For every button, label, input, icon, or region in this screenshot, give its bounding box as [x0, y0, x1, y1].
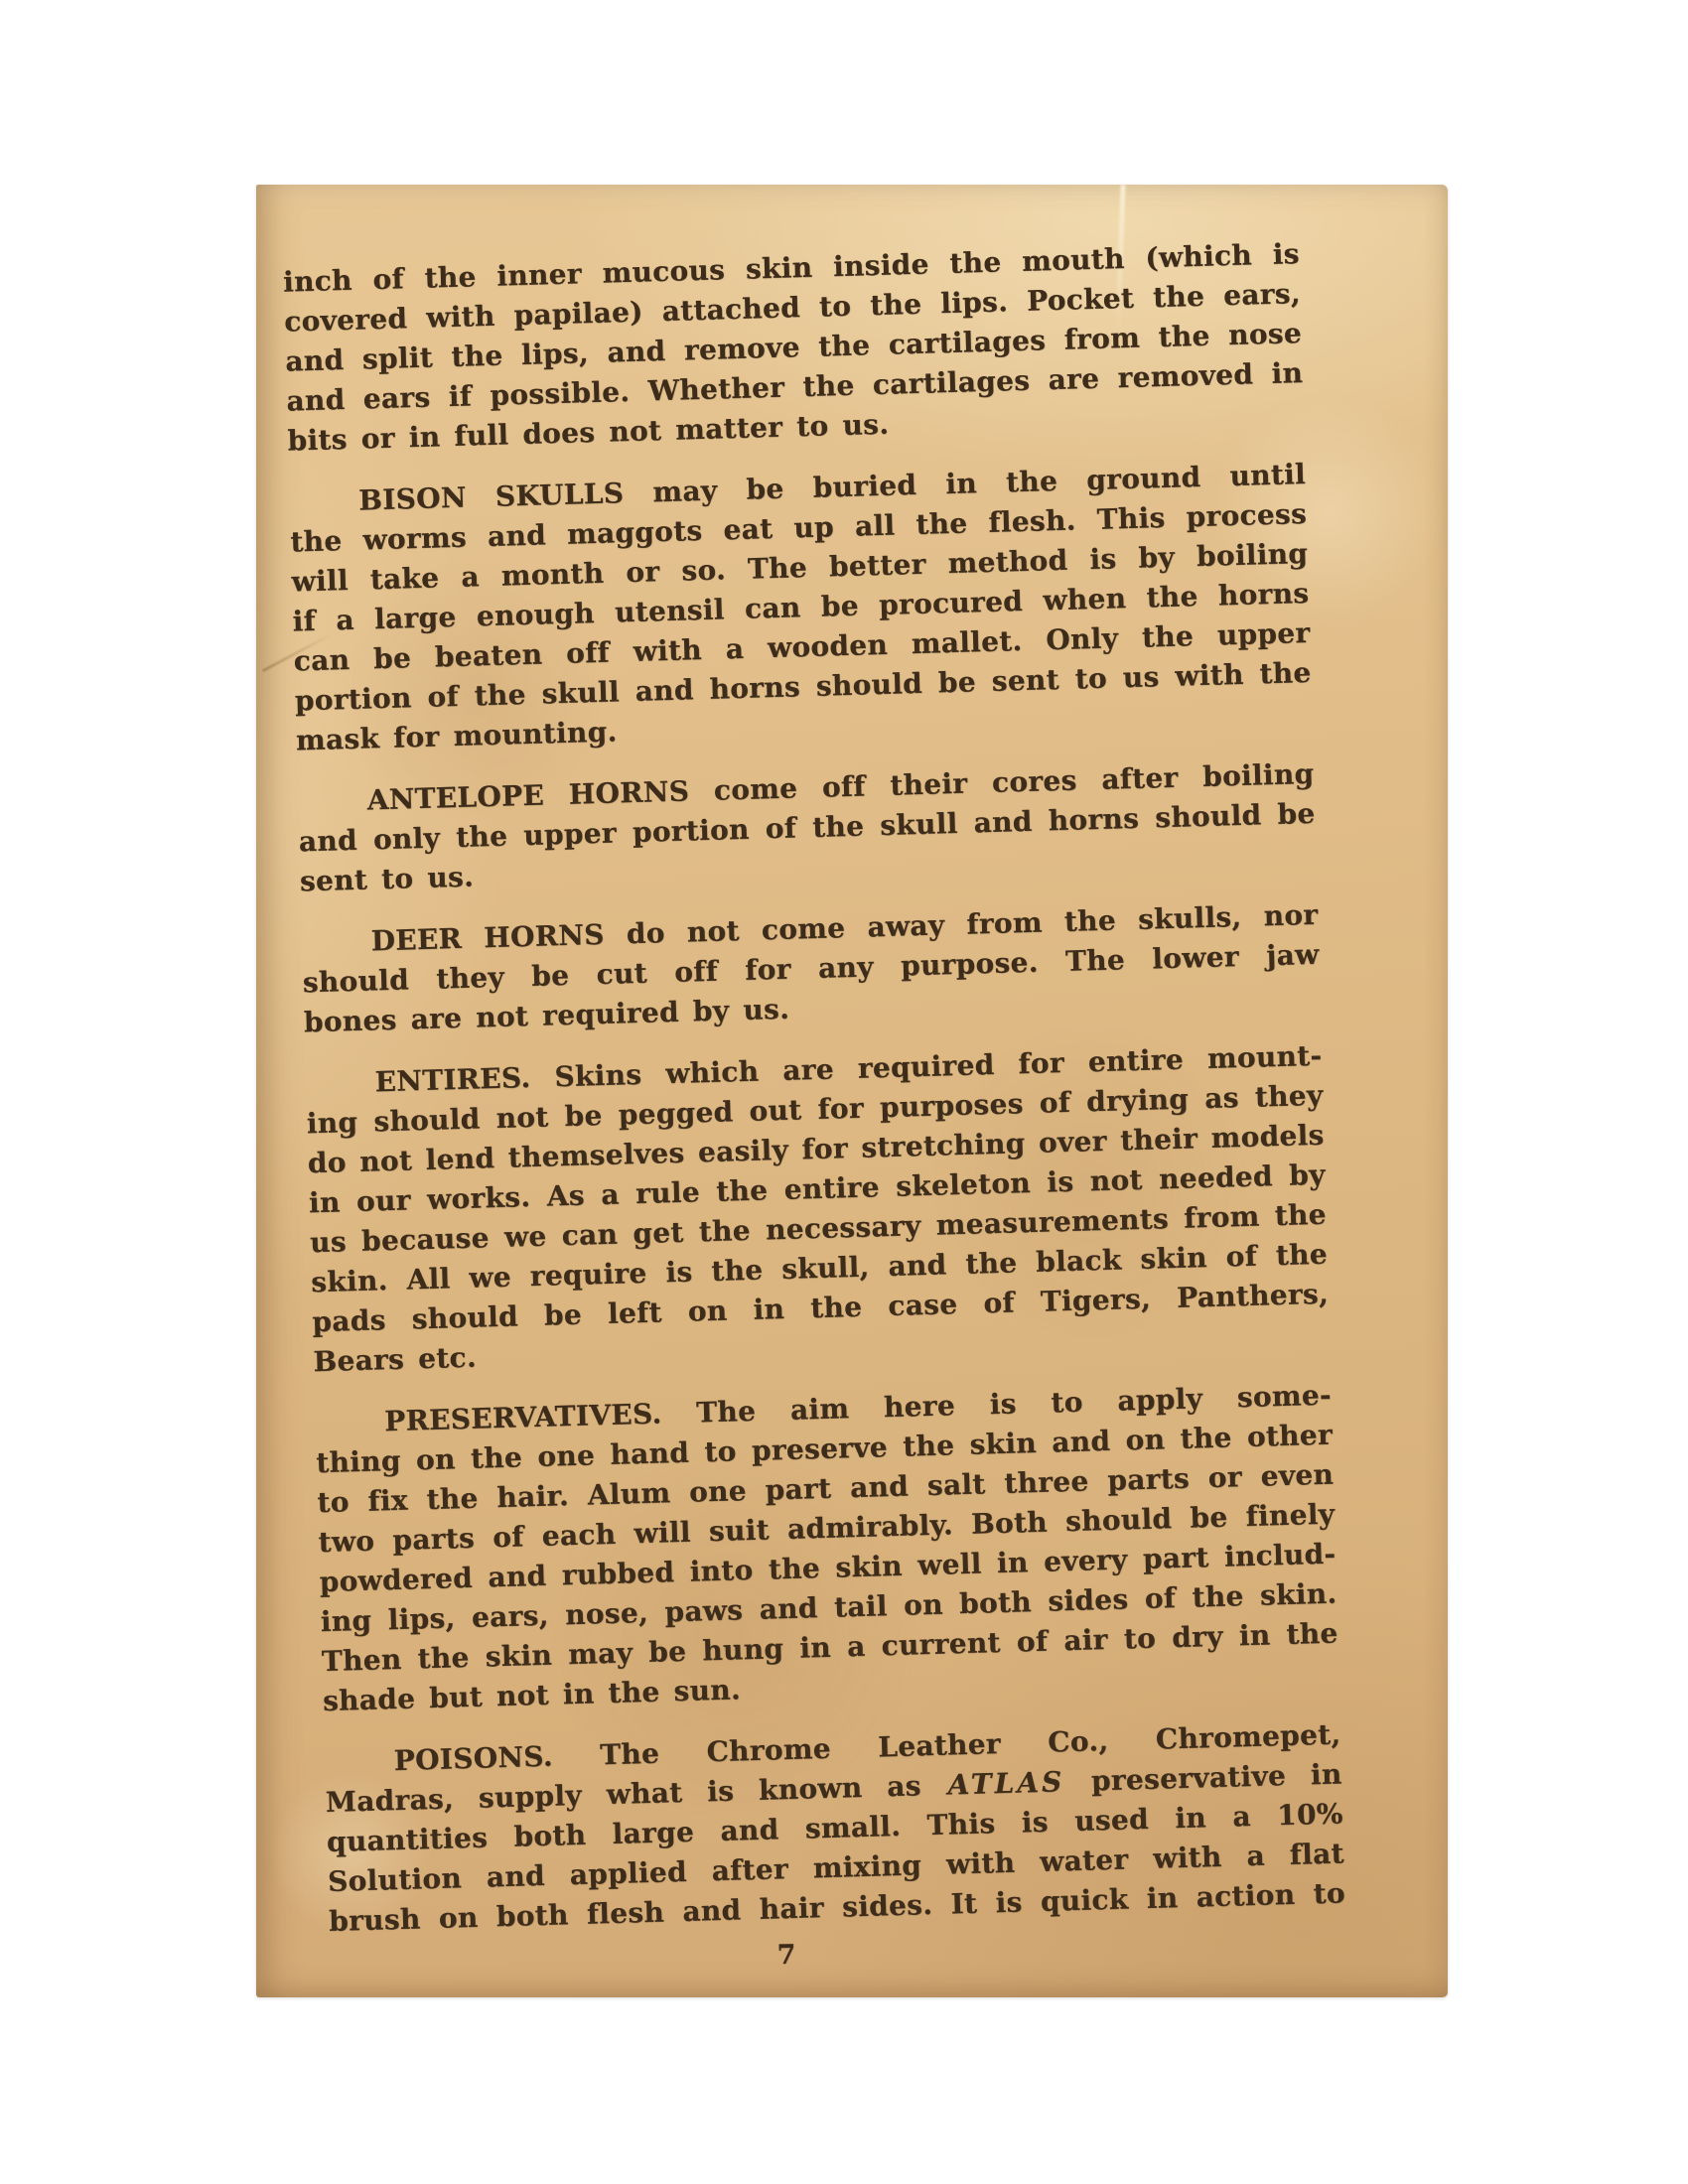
emphasized-word-atlas: ATLAS: [945, 1765, 1067, 1801]
paragraph-poisons: POISONS. The Chrome Leather Co., Chromep…: [324, 1714, 1345, 1942]
paragraph-deer-horns: DEER HORNS do not come away from the sku…: [301, 895, 1321, 1043]
paragraph-antelope-horns: ANTELOPE HORNS come off their cores afte…: [297, 754, 1317, 902]
paragraph-preservatives: PRESERVATIVES. The aim here is to apply …: [315, 1376, 1340, 1721]
page-text-block: inch of the inner mucous skin inside the…: [283, 234, 1346, 1942]
paragraph-entires: ENTIRES. Skins which are required for en…: [305, 1036, 1331, 1382]
paragraph-intro-continued: inch of the inner mucous skin inside the…: [283, 234, 1305, 462]
photo-background: inch of the inner mucous skin inside the…: [0, 0, 1688, 2184]
paragraph-bison-skulls: BISON SKULLS may be buried in the ground…: [289, 455, 1313, 760]
scanned-page: inch of the inner mucous skin inside the…: [256, 185, 1448, 1997]
